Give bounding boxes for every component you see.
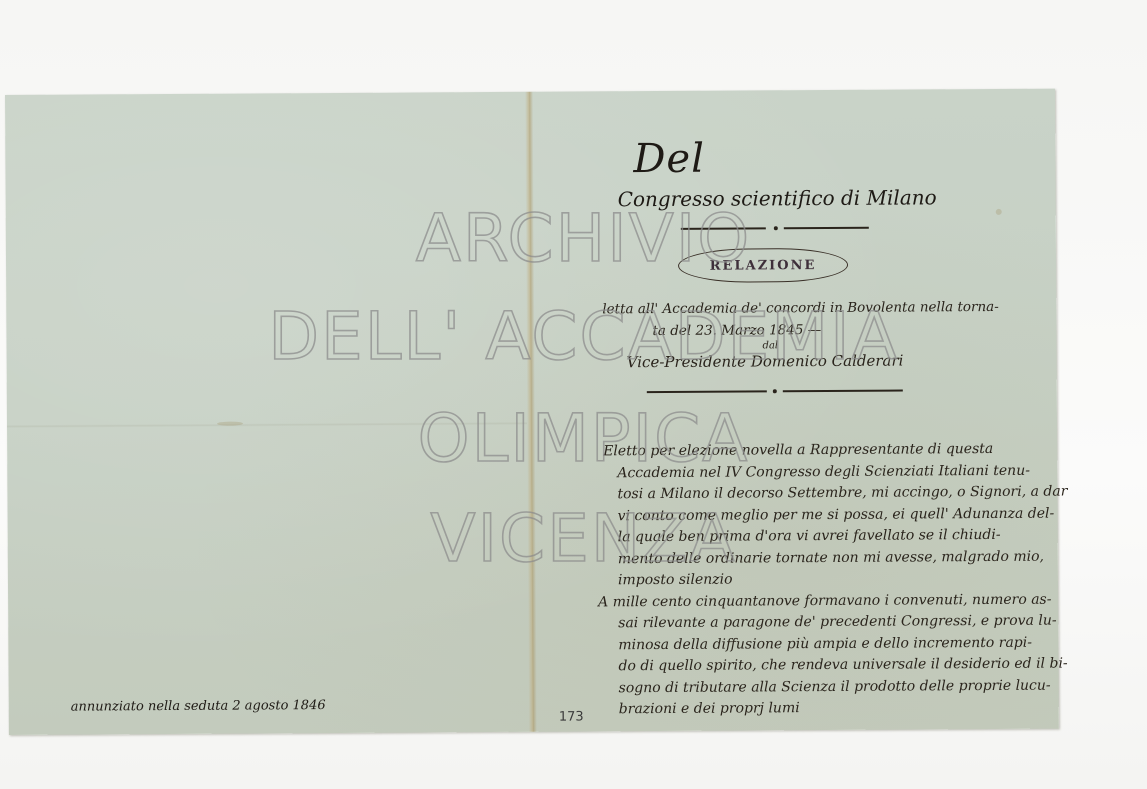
body-line: sai rilevante a paragone de' precedenti … xyxy=(618,611,1058,635)
subtitle-line-3: dal xyxy=(763,340,779,351)
heading-del: Del xyxy=(633,136,705,182)
body-line: Eletto per elezione novella a Rappresent… xyxy=(603,439,1043,463)
subtitle-line-1: letta all' Accademia de' concordi in Bov… xyxy=(602,299,999,317)
body-line: tosi a Milano il decorso Settembre, mi a… xyxy=(617,482,1057,506)
body-text: Eletto per elezione novella a Rappresent… xyxy=(603,439,1045,721)
body-line: minosa della diffusione più ampia e dell… xyxy=(618,632,1058,656)
divider-lower-right xyxy=(783,390,903,392)
body-line: sogno di tributare alla Scienza il prodo… xyxy=(619,675,1059,699)
body-line: brazioni e dei proprj lumi xyxy=(619,697,1059,721)
center-fold xyxy=(525,92,537,732)
body-line: imposto silenzio xyxy=(618,568,1058,592)
divider-lower-left xyxy=(647,390,767,392)
divider-right xyxy=(784,227,869,230)
horizontal-fold xyxy=(7,422,527,428)
heading-congress: Congresso scientifico di Milano xyxy=(618,185,937,211)
body-line: do di quello spirito, che rendeva univer… xyxy=(618,654,1058,678)
relazione-label: RELAZIONE xyxy=(710,258,817,274)
manuscript-sheet: Del Congresso scientifico di Milano RELA… xyxy=(5,89,1059,735)
body-line: vi conto come meglio per me si possa, ei… xyxy=(618,503,1058,527)
divider-left xyxy=(681,227,766,230)
body-line: A mille cento cinquantanove formavano i … xyxy=(598,589,1038,613)
page-number: 173 xyxy=(559,709,584,724)
divider-lower-dot xyxy=(773,389,777,393)
paper-stain xyxy=(996,209,1002,215)
body-line: la quale ben prima d'ora vi avrei favell… xyxy=(618,525,1058,549)
relazione-cartouche: RELAZIONE xyxy=(678,248,848,283)
margin-note: annunziato nella seduta 2 agosto 1846 xyxy=(71,698,326,715)
body-line: mento delle ordinarie tornate non mi ave… xyxy=(618,546,1058,570)
divider-dot xyxy=(774,226,778,230)
body-line: Accademia nel IV Congresso degli Scienzi… xyxy=(617,460,1057,484)
subtitle-line-2: ta del 23. Marzo 1845 — xyxy=(652,322,821,339)
author-line: Vice-Presidente Domenico Calderari xyxy=(627,352,904,372)
